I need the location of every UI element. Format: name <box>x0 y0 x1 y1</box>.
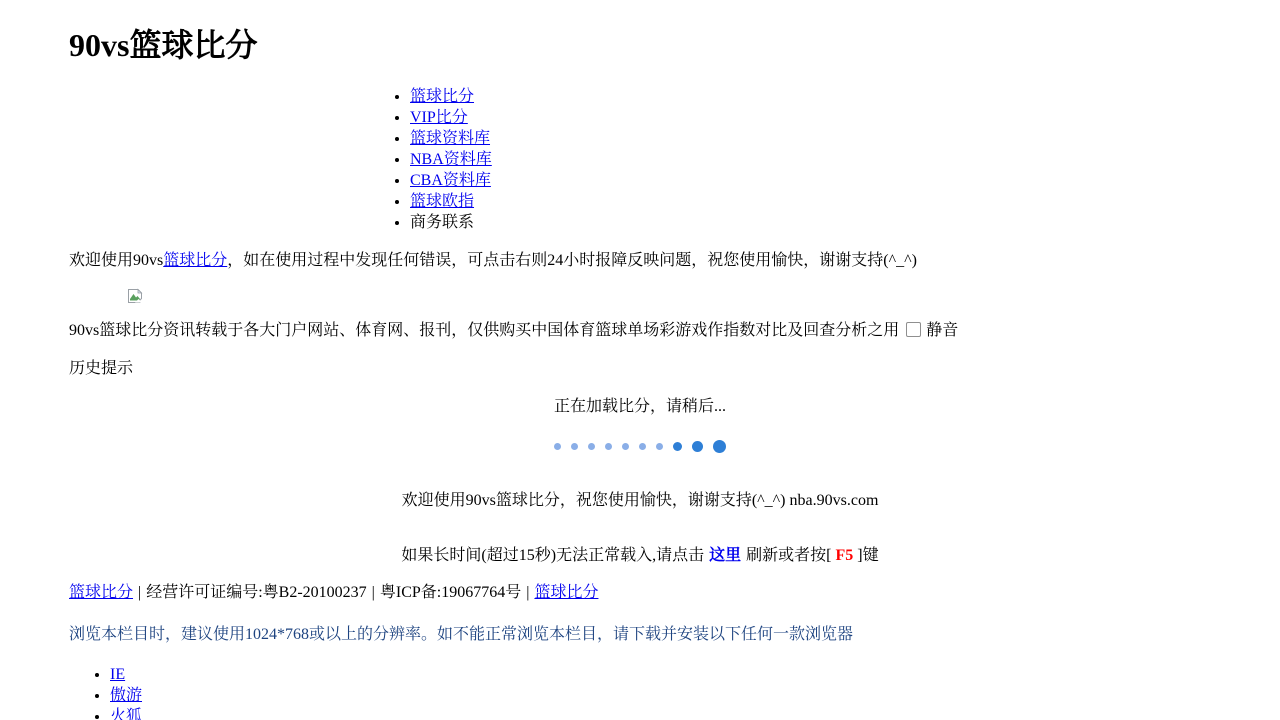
browser-download-list: IE 傲游 火狐 <box>70 664 1280 720</box>
nav-item[interactable]: NBA资料库 <box>410 149 1280 170</box>
nav-item[interactable]: 篮球比分 <box>410 86 1280 107</box>
footer-score-link-right[interactable]: 篮球比分 <box>534 584 598 601</box>
loading-dot-active <box>713 440 726 453</box>
nav-link-basketball-score[interactable]: 篮球比分 <box>410 88 474 105</box>
welcome-score-link[interactable]: 篮球比分 <box>163 252 227 269</box>
loading-dot-active <box>673 442 682 451</box>
browser-item[interactable]: 火狐 <box>110 706 1280 720</box>
nav-link-vip-score[interactable]: VIP比分 <box>410 109 468 126</box>
loading-dot-active <box>692 441 703 452</box>
welcome-prefix: 欢迎使用90vs <box>69 252 163 269</box>
footer-separator: | <box>138 584 141 601</box>
nav-item[interactable]: 篮球欧指 <box>410 191 1280 212</box>
loading-dot <box>554 443 561 450</box>
browser-item[interactable]: IE <box>110 664 1280 685</box>
broken-image-icon <box>127 286 144 305</box>
footer-score-link-left[interactable]: 篮球比分 <box>69 584 133 601</box>
broken-image-placeholder <box>127 286 1280 305</box>
reload-prefix: 如果长时间(超过15秒)无法正常载入,请点击 <box>401 547 704 564</box>
page-title: 90vs篮球比分 <box>69 27 1280 64</box>
nav-link-basketball-odds[interactable]: 篮球欧指 <box>410 193 474 210</box>
footer-license-bar: 篮球比分|经营许可证编号:粤B2-20100237|粤ICP备:19067764… <box>69 582 1280 603</box>
welcome-suffix: ，如在使用过程中发现任何错误，可点击右则24小时报障反映问题，祝您使用愉快，谢谢… <box>227 252 917 269</box>
center-welcome-message: 欢迎使用90vs篮球比分，祝您使用愉快，谢谢支持(^_^) nba.90vs.c… <box>0 490 1280 511</box>
footer-icp-text: 粤ICP备:19067764号 <box>380 584 521 601</box>
nav-item[interactable]: 篮球资料库 <box>410 128 1280 149</box>
nav-link-nba-database[interactable]: NBA资料库 <box>410 151 492 168</box>
nav-link-basketball-database[interactable]: 篮球资料库 <box>410 130 490 147</box>
nav-text-business-contact: 商务联系 <box>410 214 474 231</box>
nav-link-cba-database[interactable]: CBA资料库 <box>410 172 491 189</box>
loading-dots-spinner <box>0 439 1280 453</box>
footer-separator: | <box>526 584 529 601</box>
loading-dot <box>656 443 663 450</box>
browser-link-ie[interactable]: IE <box>110 666 125 683</box>
nav-item[interactable]: CBA资料库 <box>410 170 1280 191</box>
reload-hint-message: 如果长时间(超过15秒)无法正常载入,请点击这里刷新或者按[F5]键 <box>0 545 1280 566</box>
reload-suffix: ]键 <box>857 547 878 564</box>
browser-link-firefox[interactable]: 火狐 <box>110 708 142 720</box>
notice-text: 90vs篮球比分资讯转载于各大门户网站、体育网、报刊，仅供购买中国体育篮球单场彩… <box>69 322 899 339</box>
nav-item-business-contact: 商务联系 <box>410 212 1280 233</box>
loading-message: 正在加载比分，请稍后... <box>0 396 1280 417</box>
reload-here-link[interactable]: 这里 <box>709 547 741 564</box>
reload-middle: 刷新或者按[ <box>746 547 831 564</box>
browser-item[interactable]: 傲游 <box>110 685 1280 706</box>
main-nav: 篮球比分 VIP比分 篮球资料库 NBA资料库 CBA资料库 篮球欧指 商务联系 <box>370 86 1280 233</box>
loading-dot <box>605 443 612 450</box>
browser-link-maxthon[interactable]: 傲游 <box>110 687 142 704</box>
browser-recommendation-notice: 浏览本栏目时，建议使用1024*768或以上的分辨率。如不能正常浏览本栏目，请下… <box>69 624 1280 645</box>
footer-separator: | <box>372 584 375 601</box>
f5-key-label: F5 <box>835 547 853 564</box>
history-hint-label: 历史提示 <box>69 358 1280 379</box>
loading-dot <box>571 443 578 450</box>
notice-message: 90vs篮球比分资讯转载于各大门户网站、体育网、报刊，仅供购买中国体育篮球单场彩… <box>69 320 1280 341</box>
nav-item[interactable]: VIP比分 <box>410 107 1280 128</box>
loading-dot <box>639 443 646 450</box>
welcome-message: 欢迎使用90vs篮球比分，如在使用过程中发现任何错误，可点击右则24小时报障反映… <box>69 250 1280 271</box>
mute-checkbox[interactable] <box>906 322 921 337</box>
loading-dot <box>622 443 629 450</box>
loading-dot <box>588 443 595 450</box>
mute-label: 静音 <box>926 322 958 339</box>
footer-license-text: 经营许可证编号:粤B2-20100237 <box>146 584 366 601</box>
